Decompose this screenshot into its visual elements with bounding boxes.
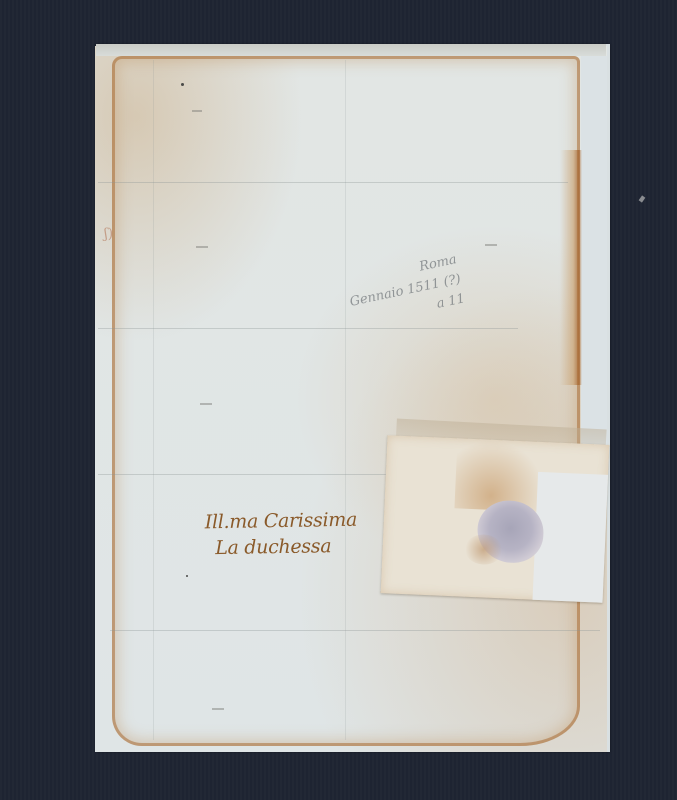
- right-edge-stain: [560, 150, 582, 385]
- fold-line-vertical: [153, 60, 154, 740]
- ink-speck: [186, 575, 188, 577]
- ink-speck: [181, 83, 184, 86]
- seal-stain: [464, 534, 503, 566]
- seal-paper-cover: [381, 435, 610, 603]
- margin-mark: ʃ): [104, 226, 113, 242]
- address-inscription: Ill.ma Carissima La duchessa: [205, 507, 358, 562]
- ruling-mark: [212, 708, 224, 710]
- right-margin-strip: [581, 56, 607, 456]
- fold-line: [98, 474, 418, 475]
- address-line: Ill.ma Carissima: [205, 507, 358, 536]
- ruling-mark: [192, 110, 202, 112]
- ruling-mark: [485, 244, 497, 246]
- ruling-mark: [200, 403, 212, 405]
- fold-line: [98, 182, 568, 183]
- ruling-mark: [196, 246, 208, 248]
- address-line: La duchessa: [205, 533, 358, 562]
- manuscript-sheet: [95, 46, 607, 752]
- fold-line: [110, 630, 600, 631]
- fold-line: [98, 328, 518, 329]
- fold-line-vertical: [345, 60, 346, 740]
- top-fold-edge: [96, 44, 606, 56]
- seal-cover-clean-area: [533, 472, 609, 603]
